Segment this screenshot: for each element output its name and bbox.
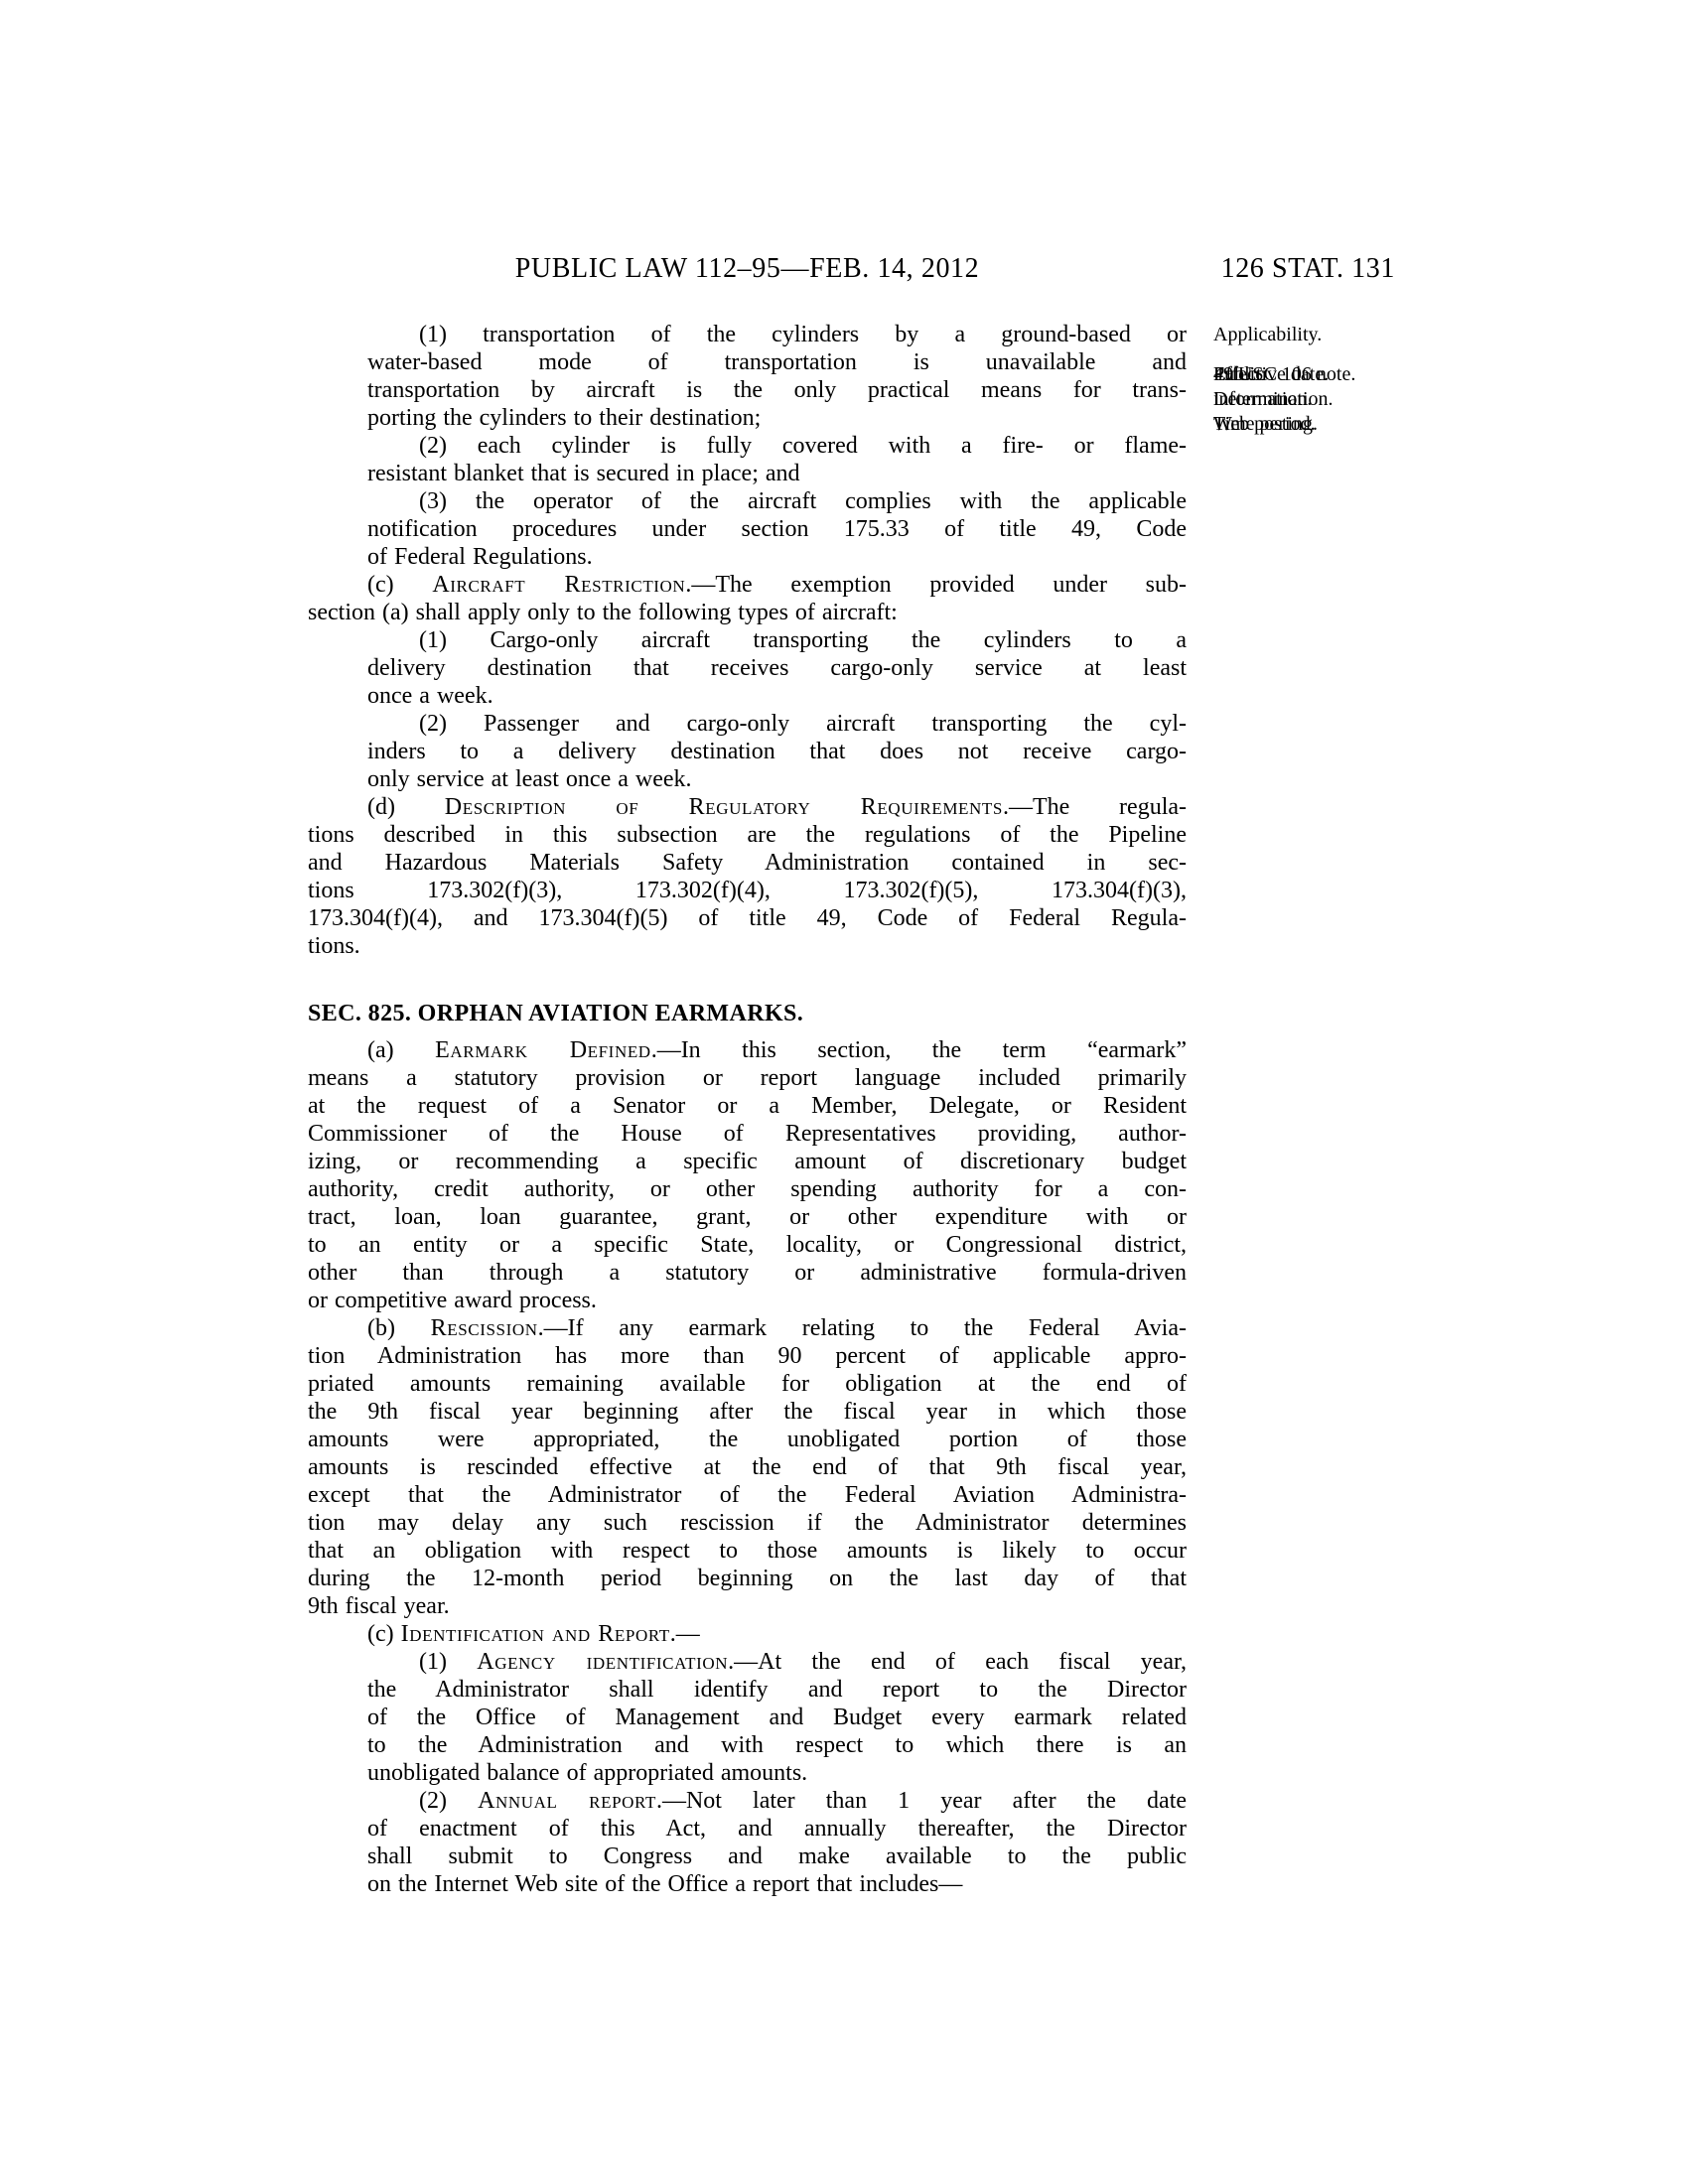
text-run: .—The exemption provided under sub- bbox=[685, 572, 1187, 598]
text-line: shall submit to Congress and make availa… bbox=[367, 1843, 1187, 1870]
text-run: on the Internet Web site of the Office a… bbox=[367, 1871, 962, 1897]
text-run: (c) bbox=[367, 572, 432, 598]
text-line: that an obligation with respect to those… bbox=[308, 1537, 1187, 1565]
text-run: amounts were appropriated, the unobligat… bbox=[308, 1427, 1187, 1452]
text-run: .— bbox=[670, 1621, 700, 1647]
text-line: and Hazardous Materials Safety Administr… bbox=[308, 849, 1187, 877]
text-run: tions described in this subsection are t… bbox=[308, 822, 1187, 848]
text-run: of the Office of Management and Budget e… bbox=[367, 1705, 1187, 1730]
text-run: once a week. bbox=[367, 683, 493, 709]
text-line: (1) Cargo-only aircraft transporting the… bbox=[367, 626, 1187, 654]
paragraph-block: (2) each cylinder is fully covered with … bbox=[367, 432, 1187, 487]
text-line: (c) Aircraft Restriction.—The exemption … bbox=[308, 571, 1187, 599]
text-run: (d) bbox=[367, 794, 445, 820]
text-run: to an entity or a specific State, locali… bbox=[308, 1232, 1187, 1258]
text-run: priated amounts remaining available for … bbox=[308, 1371, 1187, 1397]
text-run: (2) bbox=[419, 1788, 478, 1814]
text-line: resistant blanket that is secured in pla… bbox=[367, 460, 1187, 487]
text-run: (b) bbox=[367, 1315, 431, 1341]
running-header-stat-number: 126 STAT. 131 bbox=[1092, 254, 1395, 284]
text-run: amounts is rescinded effective at the en… bbox=[308, 1454, 1187, 1480]
text-run: izing, or recommending a specific amount… bbox=[308, 1149, 1187, 1174]
text-line: (b) Rescission.—If any earmark relating … bbox=[308, 1314, 1187, 1342]
small-caps-run: Aircraft Restriction bbox=[432, 572, 685, 598]
subsection-block: (a) Earmark Defined.—In this section, th… bbox=[308, 1036, 1187, 1314]
text-line: tion Administration has more than 90 per… bbox=[308, 1342, 1187, 1370]
text-line: notification procedures under section 17… bbox=[367, 515, 1187, 543]
small-caps-run: Description of Regulatory Requirements bbox=[445, 794, 1003, 820]
text-run: notification procedures under section 17… bbox=[367, 516, 1187, 542]
text-line: (3) the operator of the aircraft complie… bbox=[367, 487, 1187, 515]
margin-note: Publicinformation.Web posting. bbox=[1213, 362, 1462, 437]
text-run: (c) bbox=[367, 1621, 401, 1647]
margin-note-line: Public bbox=[1213, 362, 1462, 387]
paragraph-block: (1) Cargo-only aircraft transporting the… bbox=[367, 626, 1187, 710]
text-run: and Hazardous Materials Safety Administr… bbox=[308, 850, 1187, 876]
text-run: other than through a statutory or admini… bbox=[308, 1260, 1187, 1286]
margin-note-line: information. bbox=[1213, 387, 1462, 412]
text-run: .—The regula- bbox=[1003, 794, 1187, 820]
text-run: at the request of a Senator or a Member,… bbox=[308, 1093, 1187, 1119]
text-run: only service at least once a week. bbox=[367, 766, 692, 792]
text-run: means a statutory provision or report la… bbox=[308, 1065, 1187, 1091]
statute-body: (1) transportation of the cylinders by a… bbox=[308, 321, 1187, 1898]
text-line: (a) Earmark Defined.—In this section, th… bbox=[308, 1036, 1187, 1064]
text-line: tions 173.302(f)(3), 173.302(f)(4), 173.… bbox=[308, 877, 1187, 904]
margin-note: Applicability. bbox=[1213, 323, 1462, 347]
text-line: to the Administration and with respect t… bbox=[367, 1731, 1187, 1759]
text-line: of Federal Regulations. bbox=[367, 543, 1187, 571]
text-run: that an obligation with respect to those… bbox=[308, 1538, 1187, 1564]
text-run: .—At the end of each fiscal year, bbox=[728, 1649, 1187, 1675]
text-line: (2) each cylinder is fully covered with … bbox=[367, 432, 1187, 460]
text-run: resistant blanket that is secured in pla… bbox=[367, 461, 800, 486]
paragraph-block: (3) the operator of the aircraft complie… bbox=[367, 487, 1187, 571]
text-run: tract, loan, loan guarantee, grant, or o… bbox=[308, 1204, 1187, 1230]
margin-note-line: Applicability. bbox=[1213, 323, 1462, 347]
text-line: at the request of a Senator or a Member,… bbox=[308, 1092, 1187, 1120]
text-line: transportation by aircraft is the only p… bbox=[367, 376, 1187, 404]
paragraph-block: (1) transportation of the cylinders by a… bbox=[367, 321, 1187, 432]
subsection-block: (c) Identification and Report.— bbox=[308, 1620, 1187, 1648]
text-line: water-based mode of transportation is un… bbox=[367, 348, 1187, 376]
text-line: the Administrator shall identify and rep… bbox=[367, 1676, 1187, 1704]
subsection-block: (d) Description of Regulatory Requiremen… bbox=[308, 793, 1187, 960]
text-line: tract, loan, loan guarantee, grant, or o… bbox=[308, 1203, 1187, 1231]
text-line: to an entity or a specific State, locali… bbox=[308, 1231, 1187, 1259]
text-line: unobligated balance of appropriated amou… bbox=[367, 1759, 1187, 1787]
text-line: priated amounts remaining available for … bbox=[308, 1370, 1187, 1398]
text-run: during the 12-month period beginning on … bbox=[308, 1566, 1187, 1591]
text-line: 9th fiscal year. bbox=[308, 1592, 1187, 1620]
text-run: transportation by aircraft is the only p… bbox=[367, 377, 1187, 403]
text-line: means a statutory provision or report la… bbox=[308, 1064, 1187, 1092]
section-heading-text: SEC. 825. ORPHAN AVIATION EARMARKS. bbox=[308, 1001, 803, 1026]
running-header-title: PUBLIC LAW 112–95—FEB. 14, 2012 bbox=[308, 254, 1187, 284]
text-run: (1) transportation of the cylinders by a… bbox=[419, 322, 1187, 347]
text-line: amounts is rescinded effective at the en… bbox=[308, 1453, 1187, 1481]
small-caps-run: Rescission bbox=[431, 1315, 538, 1341]
text-run: section (a) shall apply only to the foll… bbox=[308, 600, 898, 625]
text-run: (1) Cargo-only aircraft transporting the… bbox=[419, 627, 1187, 653]
text-line: (2) Passenger and cargo-only aircraft tr… bbox=[367, 710, 1187, 738]
text-line: (c) Identification and Report.— bbox=[308, 1620, 1187, 1648]
text-line: (d) Description of Regulatory Requiremen… bbox=[308, 793, 1187, 821]
text-run: of Federal Regulations. bbox=[367, 544, 593, 570]
text-run: except that the Administrator of the Fed… bbox=[308, 1482, 1187, 1508]
small-caps-run: Identification and Report bbox=[401, 1621, 670, 1647]
text-run: shall submit to Congress and make availa… bbox=[367, 1843, 1187, 1869]
text-run: (2) Passenger and cargo-only aircraft tr… bbox=[419, 711, 1187, 737]
text-run: water-based mode of transportation is un… bbox=[367, 349, 1187, 375]
text-run: .—If any earmark relating to the Federal… bbox=[538, 1315, 1187, 1341]
text-line: or competitive award process. bbox=[308, 1287, 1187, 1314]
paragraph-block: (2) Passenger and cargo-only aircraft tr… bbox=[367, 710, 1187, 793]
paragraph-block: (2) Annual report.—Not later than 1 year… bbox=[367, 1787, 1187, 1898]
text-run: authority, credit authority, or other sp… bbox=[308, 1176, 1187, 1202]
text-line: inders to a delivery destination that do… bbox=[367, 738, 1187, 765]
paragraph-block: (1) Agency identification.—At the end of… bbox=[367, 1648, 1187, 1787]
text-run: unobligated balance of appropriated amou… bbox=[367, 1760, 807, 1786]
margin-note-line: Web posting. bbox=[1213, 412, 1462, 437]
text-run: (2) each cylinder is fully covered with … bbox=[419, 433, 1187, 459]
text-line: delivery destination that receives cargo… bbox=[367, 654, 1187, 682]
statute-page: PUBLIC LAW 112–95—FEB. 14, 2012 126 STAT… bbox=[0, 0, 1688, 2184]
text-run: delivery destination that receives cargo… bbox=[367, 655, 1187, 681]
text-run: porting the cylinders to their destinati… bbox=[367, 405, 761, 431]
text-line: during the 12-month period beginning on … bbox=[308, 1565, 1187, 1592]
text-run: tions. bbox=[308, 933, 360, 959]
text-run: tions 173.302(f)(3), 173.302(f)(4), 173.… bbox=[308, 878, 1187, 903]
text-line: once a week. bbox=[367, 682, 1187, 710]
text-run: tion Administration has more than 90 per… bbox=[308, 1343, 1187, 1369]
text-run: 173.304(f)(4), and 173.304(f)(5) of titl… bbox=[308, 905, 1187, 931]
text-line: (2) Annual report.—Not later than 1 year… bbox=[367, 1787, 1187, 1815]
text-line: izing, or recommending a specific amount… bbox=[308, 1148, 1187, 1175]
text-run: or competitive award process. bbox=[308, 1288, 597, 1313]
text-line: authority, credit authority, or other sp… bbox=[308, 1175, 1187, 1203]
text-line: except that the Administrator of the Fed… bbox=[308, 1481, 1187, 1509]
text-run: the 9th fiscal year beginning after the … bbox=[308, 1399, 1187, 1425]
text-line: amounts were appropriated, the unobligat… bbox=[308, 1426, 1187, 1453]
text-run: inders to a delivery destination that do… bbox=[367, 739, 1187, 764]
text-run: to the Administration and with respect t… bbox=[367, 1732, 1187, 1758]
subsection-block: (c) Aircraft Restriction.—The exemption … bbox=[308, 571, 1187, 626]
text-line: on the Internet Web site of the Office a… bbox=[367, 1870, 1187, 1898]
text-line: section (a) shall apply only to the foll… bbox=[308, 599, 1187, 626]
text-line: tions. bbox=[308, 932, 1187, 960]
small-caps-run: Agency identification bbox=[477, 1649, 728, 1675]
text-line: only service at least once a week. bbox=[367, 765, 1187, 793]
text-line: (1) Agency identification.—At the end of… bbox=[367, 1648, 1187, 1676]
text-run: .—In this section, the term “earmark” bbox=[651, 1037, 1187, 1063]
small-caps-run: Annual report bbox=[478, 1788, 656, 1814]
text-line: porting the cylinders to their destinati… bbox=[367, 404, 1187, 432]
text-run: .—Not later than 1 year after the date bbox=[656, 1788, 1187, 1814]
text-run: (1) bbox=[419, 1649, 477, 1675]
text-line: tions described in this subsection are t… bbox=[308, 821, 1187, 849]
text-run: tion may delay any such rescission if th… bbox=[308, 1510, 1187, 1536]
text-run: the Administrator shall identify and rep… bbox=[367, 1677, 1187, 1703]
section-heading: SEC. 825. ORPHAN AVIATION EARMARKS. bbox=[308, 1000, 1187, 1027]
text-line: tion may delay any such rescission if th… bbox=[308, 1509, 1187, 1537]
text-line: of the Office of Management and Budget e… bbox=[367, 1704, 1187, 1731]
text-run: of enactment of this Act, and annually t… bbox=[367, 1816, 1187, 1842]
text-run: Commissioner of the House of Representat… bbox=[308, 1121, 1187, 1147]
text-run: (a) bbox=[367, 1037, 435, 1063]
text-line: (1) transportation of the cylinders by a… bbox=[367, 321, 1187, 348]
text-line: the 9th fiscal year beginning after the … bbox=[308, 1398, 1187, 1426]
text-line: of enactment of this Act, and annually t… bbox=[367, 1815, 1187, 1843]
small-caps-run: Earmark Defined bbox=[435, 1037, 651, 1063]
text-line: Commissioner of the House of Representat… bbox=[308, 1120, 1187, 1148]
text-line: 173.304(f)(4), and 173.304(f)(5) of titl… bbox=[308, 904, 1187, 932]
subsection-block: (b) Rescission.—If any earmark relating … bbox=[308, 1314, 1187, 1620]
text-run: 9th fiscal year. bbox=[308, 1593, 450, 1619]
text-line: other than through a statutory or admini… bbox=[308, 1259, 1187, 1287]
text-run: (3) the operator of the aircraft complie… bbox=[419, 488, 1187, 514]
